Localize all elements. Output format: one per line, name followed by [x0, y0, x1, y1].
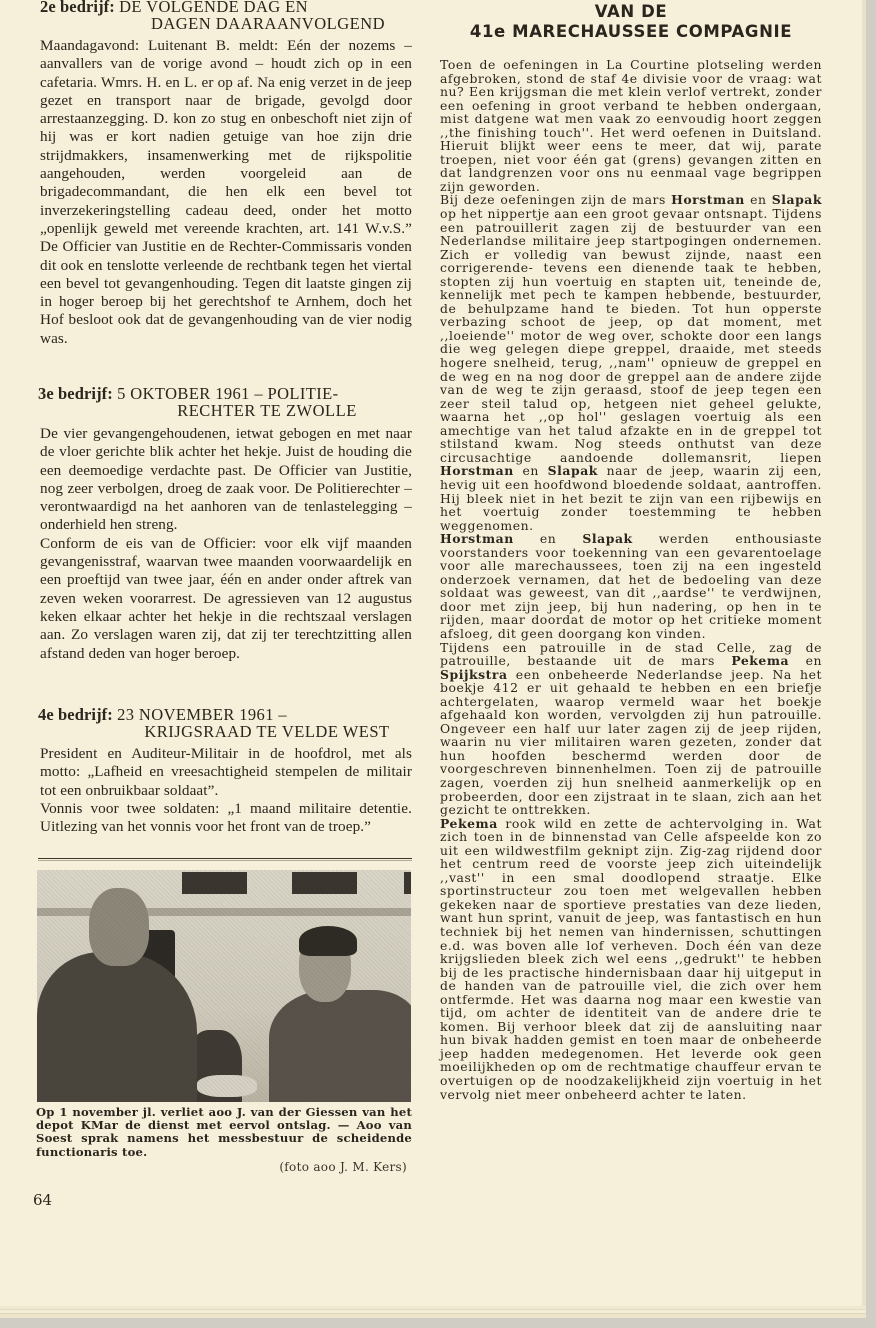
act3-body: De vier gevangengehoudenen, ietwat gebog…: [40, 425, 412, 663]
act4-body: President en Auditeur-Militair in de hoo…: [40, 745, 412, 836]
article-paragraph: Tijdens een patrouille in de stad Celle,…: [440, 641, 822, 817]
person-name: Horstman: [671, 192, 745, 207]
person-name: Horstman: [440, 531, 514, 546]
person-name: Pekema: [731, 653, 789, 668]
article-paragraph: Horstman en Slapak werden enthousiaste v…: [440, 532, 822, 640]
page-edge: [862, 0, 866, 1318]
person-name: Slapak: [548, 463, 598, 478]
person-name: Pekema: [440, 816, 498, 831]
act4-paragraph-1: President en Auditeur-Militair in de hoo…: [40, 745, 412, 800]
person-name: Horstman: [440, 463, 514, 478]
article-paragraph: Toen de oefeningen in La Courtine plotse…: [440, 58, 822, 193]
act4-paragraph-2: Vonnis voor twee soldaten: „1 maand mili…: [40, 800, 412, 837]
act4-heading: 4e bedrijf: 23 NOVEMBER 1961 – KRIJGSRAA…: [38, 706, 410, 740]
article-title-line1: VAN DE: [440, 2, 822, 22]
act4-label: 4e bedrijf:: [38, 705, 113, 724]
act2-body: Maandagavond: Luitenant B. meldt: Eén de…: [40, 37, 412, 348]
act2-label: 2e bedrijf:: [40, 0, 115, 16]
article-title: VAN DE 41e MARECHAUSSEE COMPAGNIE: [440, 2, 822, 42]
section-divider: [38, 858, 412, 859]
photo-credit: (foto aoo J. M. Kers): [200, 1160, 407, 1174]
person-name: Spijkstra: [440, 667, 508, 682]
act4-title-line2: KRIJGSRAAD TE VELDE WEST: [38, 723, 410, 740]
act3-title-line2: RECHTER TE ZWOLLE: [38, 402, 410, 419]
article-title-line2: 41e MARECHAUSSEE COMPAGNIE: [440, 22, 822, 42]
photo-caption: Op 1 november jl. verliet aoo J. van der…: [36, 1106, 412, 1159]
person-name: Slapak: [582, 531, 632, 546]
section-divider-shadow: [38, 860, 412, 861]
person-name: Slapak: [772, 192, 822, 207]
act3-paragraph-1: De vier gevangengehoudenen, ietwat gebog…: [40, 425, 412, 535]
magazine-page: 2e bedrijf: DE VOLGENDE DAG EN DAGEN DAA…: [0, 0, 866, 1318]
act3-paragraph-2: Conform de eis van de Officier: voor elk…: [40, 535, 412, 663]
act3-label: 3e bedrijf:: [38, 384, 113, 403]
article-body: Toen de oefeningen in La Courtine plotse…: [440, 58, 822, 1101]
page-number: 64: [33, 1191, 52, 1209]
act3-heading: 3e bedrijf: 5 OKTOBER 1961 – POLITIE- RE…: [38, 385, 410, 419]
act2-title-line2: DAGEN DAARAANVOLGEND: [40, 15, 410, 32]
article-paragraph: Pekema rook wild en zette de achtervolgi…: [440, 817, 822, 1101]
page-bottom-edge: [0, 1306, 866, 1318]
article-paragraph: Bij deze oefeningen zijn de mars Horstma…: [440, 193, 822, 532]
news-photo: [37, 870, 411, 1102]
act2-heading: 2e bedrijf: DE VOLGENDE DAG EN DAGEN DAA…: [40, 0, 410, 32]
